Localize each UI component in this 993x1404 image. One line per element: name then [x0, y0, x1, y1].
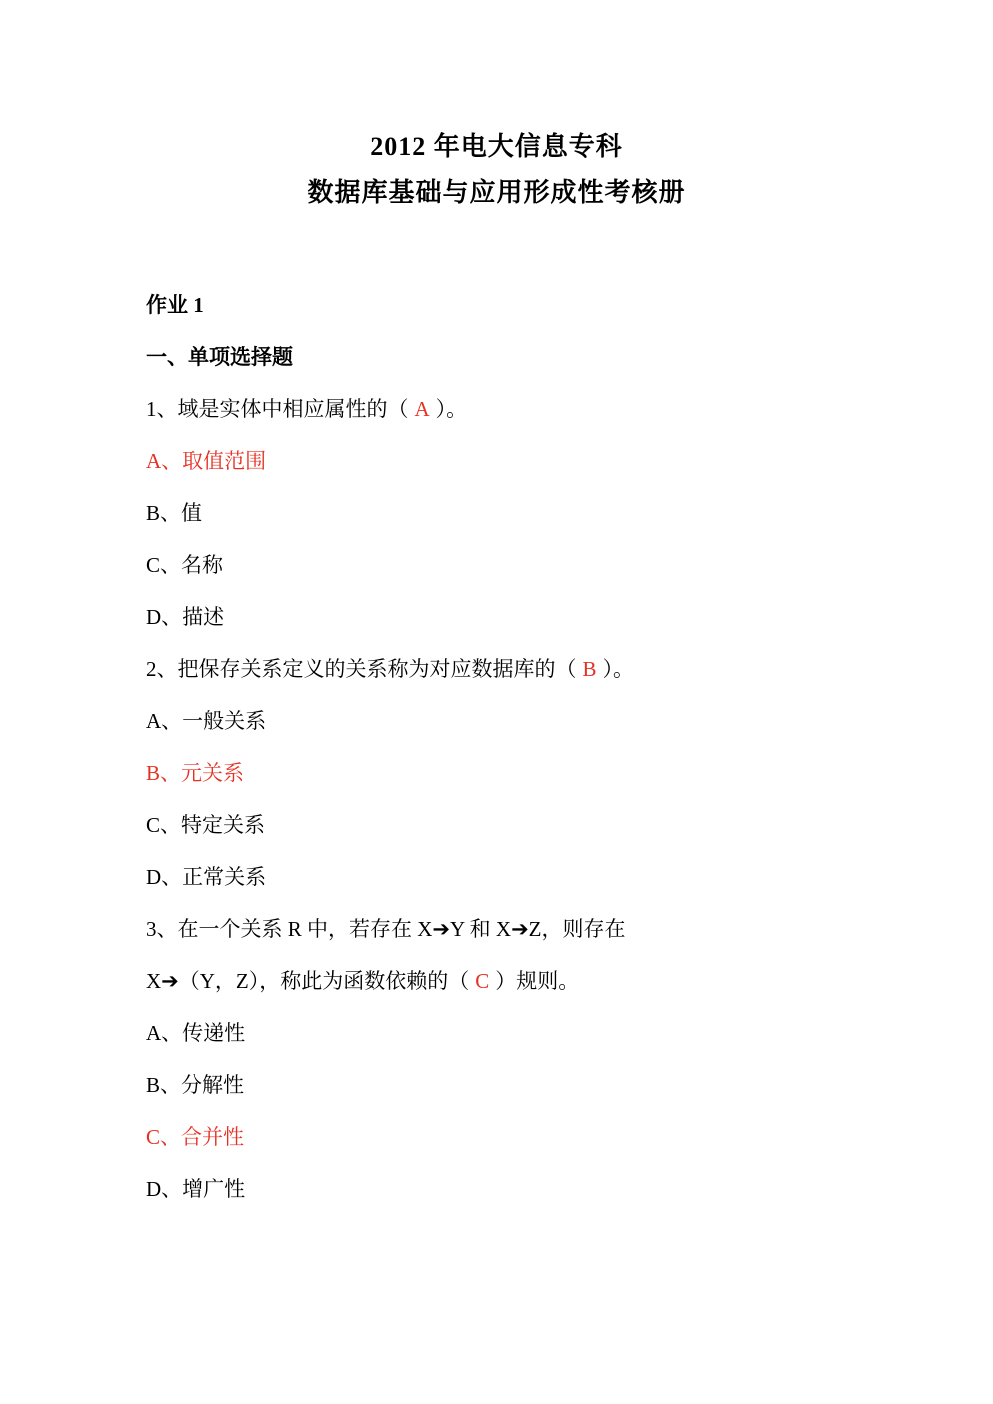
question-3-stem-line2-post: ）规则。 — [495, 969, 579, 993]
question-2-stem-pre: 2、把保存关系定义的关系称为对应数据库的（ — [146, 657, 577, 681]
question-3-option-b: B、分解性 — [146, 1059, 873, 1111]
question-2-stem: 2、把保存关系定义的关系称为对应数据库的（B）。 — [146, 643, 873, 695]
question-3-option-c: C、合并性 — [146, 1111, 873, 1163]
question-2-stem-post: ）。 — [603, 657, 635, 681]
question-2-option-c: C、特定关系 — [146, 799, 873, 851]
question-3-option-d: D、增广性 — [146, 1163, 873, 1215]
question-1-answer-letter: A — [409, 397, 436, 421]
document-title-line1: 2012 年电大信息专科 — [0, 134, 993, 160]
question-2-answer-letter: B — [577, 657, 603, 681]
document-page: 2012 年电大信息专科 数据库基础与应用形成性考核册 作业 1 一、单项选择题… — [0, 0, 993, 1404]
question-1-option-b: B、值 — [146, 487, 873, 539]
question-1-option-c: C、名称 — [146, 539, 873, 591]
document-body: 作业 1 一、单项选择题 1、域是实体中相应属性的（A）。 A、取值范围 B、值… — [146, 279, 873, 1215]
section-heading: 一、单项选择题 — [146, 331, 873, 383]
document-title-line2: 数据库基础与应用形成性考核册 — [0, 180, 993, 206]
question-3-stem-line2: X➔（Y，Z），称此为函数依赖的（C）规则。 — [146, 955, 873, 1007]
question-1-stem-post: ）。 — [436, 397, 468, 421]
question-3-stem-line2-pre: X➔（Y，Z），称此为函数依赖的（ — [146, 969, 469, 993]
question-1-option-d: D、描述 — [146, 591, 873, 643]
question-1-option-a: A、取值范围 — [146, 435, 873, 487]
question-3-option-a: A、传递性 — [146, 1007, 873, 1059]
question-3-answer-letter: C — [469, 969, 495, 993]
question-1-stem: 1、域是实体中相应属性的（A）。 — [146, 383, 873, 435]
question-3-stem-line1: 3、在一个关系 R 中，若存在 X➔Y 和 X➔Z，则存在 — [146, 903, 873, 955]
question-1-stem-pre: 1、域是实体中相应属性的（ — [146, 397, 409, 421]
document-title-block: 2012 年电大信息专科 数据库基础与应用形成性考核册 — [0, 0, 993, 206]
question-2-option-d: D、正常关系 — [146, 851, 873, 903]
question-2-option-b: B、元关系 — [146, 747, 873, 799]
assignment-heading: 作业 1 — [146, 279, 873, 331]
question-2-option-a: A、一般关系 — [146, 695, 873, 747]
